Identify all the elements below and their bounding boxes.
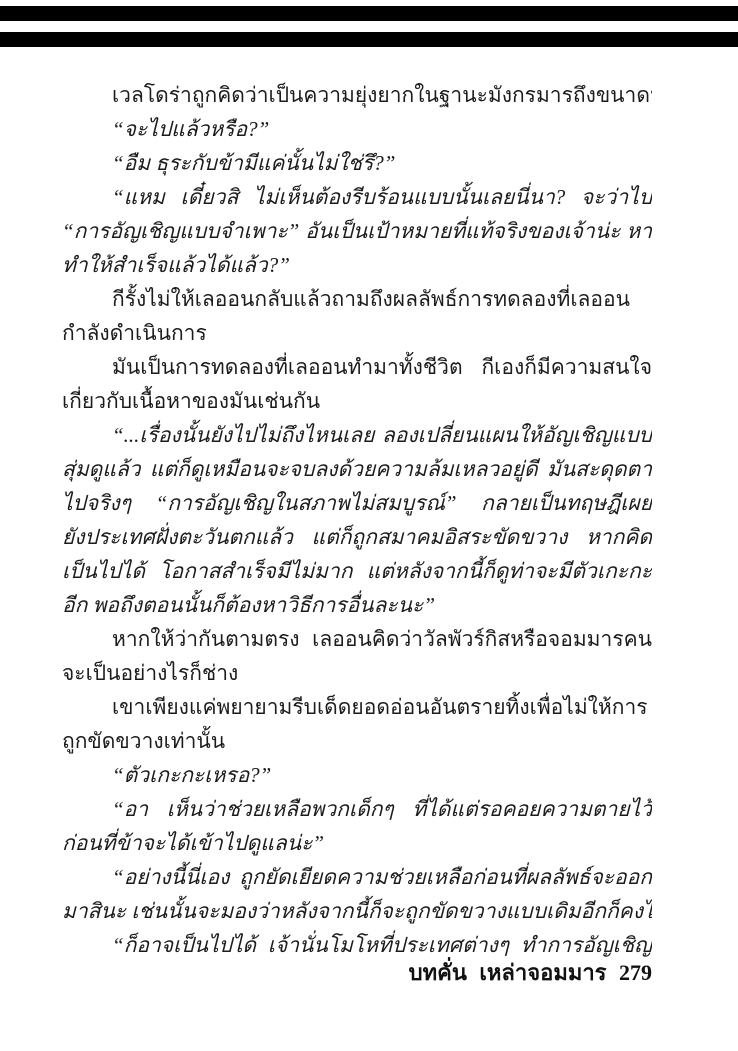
text-line: “จะไปแล้วหรือ?” [62,112,652,146]
text-line: กำลังดำเนินการ [62,316,652,350]
text-line: จะเป็นอย่างไรก็ช่าง [62,656,652,690]
text-line: “อืม ธุระกับข้ามีแค่นั้นไม่ใช่รึ?” [62,146,652,180]
book-page: { "page": { "background": "#ffffff", "te… [0,0,738,1051]
text-line: เวลโดร่าถูกคิดว่าเป็นความยุ่งยากในฐานะมั… [62,78,652,112]
text-line: มาสินะ เช่นนั้นจะมองว่าหลังจากนี้ก็จะถูก… [62,894,652,928]
text-line: “แหม เดี๋ยวสิ ไม่เห็นต้องรีบร้อนแบบนั้นเ… [62,180,652,214]
page-footer-running-title: บทคั่น เหล่าจอมมาร 279 [62,955,652,990]
text-line: หากให้ว่ากันตามตรง เลออนคิดว่าวัลพัวร์กิ… [62,622,652,656]
text-line: สุ่มดูแล้ว แต่ก็ดูเหมือนจะจบลงด้วยความล้… [62,452,652,486]
text-line: “การอัญเชิญแบบจำเพาะ” อันเป็นเป้าหมายที่… [62,214,652,248]
redaction-bar-bottom [0,32,738,47]
text-line: เกี่ยวกับเนื้อหาของมันเช่นกัน [62,384,652,418]
text-line: ยังประเทศฝั่งตะวันตกแล้ว แต่ก็ถูกสมาคมอิ… [62,520,652,554]
text-line: ถูกขัดขวางเท่านั้น [62,724,652,758]
text-line: “...เรื่องนั้นยังไปไม่ถึงไหนเลย ลองเปลี่… [62,418,652,452]
text-line: กีรั้งไม่ให้เลออนกลับแล้วถามถึงผลลัพธ์กา… [62,282,652,316]
text-line: เป็นไปได้ โอกาสสำเร็จมีไม่มาก แต่หลังจาก… [62,554,652,588]
text-line: มันเป็นการทดลองที่เลออนทำมาทั้งชีวิต กีเ… [62,350,652,384]
page-text-block: เวลโดร่าถูกคิดว่าเป็นความยุ่งยากในฐานะมั… [62,78,652,962]
text-line: ทำให้สำเร็จแล้วได้แล้ว?” [62,248,652,282]
text-line: ไปจริงๆ “การอัญเชิญในสภาพไม่สมบูรณ์” กลา… [62,486,652,520]
text-line: “อย่างนี้นี่เอง ถูกยัดเยียดความช่วยเหลือ… [62,860,652,894]
text-line: “ตัวเกะกะเหรอ?” [62,758,652,792]
text-line: เขาเพียงแค่พยายามรีบเด็ดยอดอ่อนอันตรายทิ… [62,690,652,724]
redaction-bar-top [0,6,738,21]
text-line: อีก พอถึงตอนนั้นก็ต้องหาวิธีการอื่นละนะ” [62,588,652,622]
text-line: “อา เห็นว่าช่วยเหลือพวกเด็กๆ ที่ได้แต่รอ… [62,792,652,826]
text-line: ก่อนที่ข้าจะได้เข้าไปดูแลน่ะ” [62,826,652,860]
